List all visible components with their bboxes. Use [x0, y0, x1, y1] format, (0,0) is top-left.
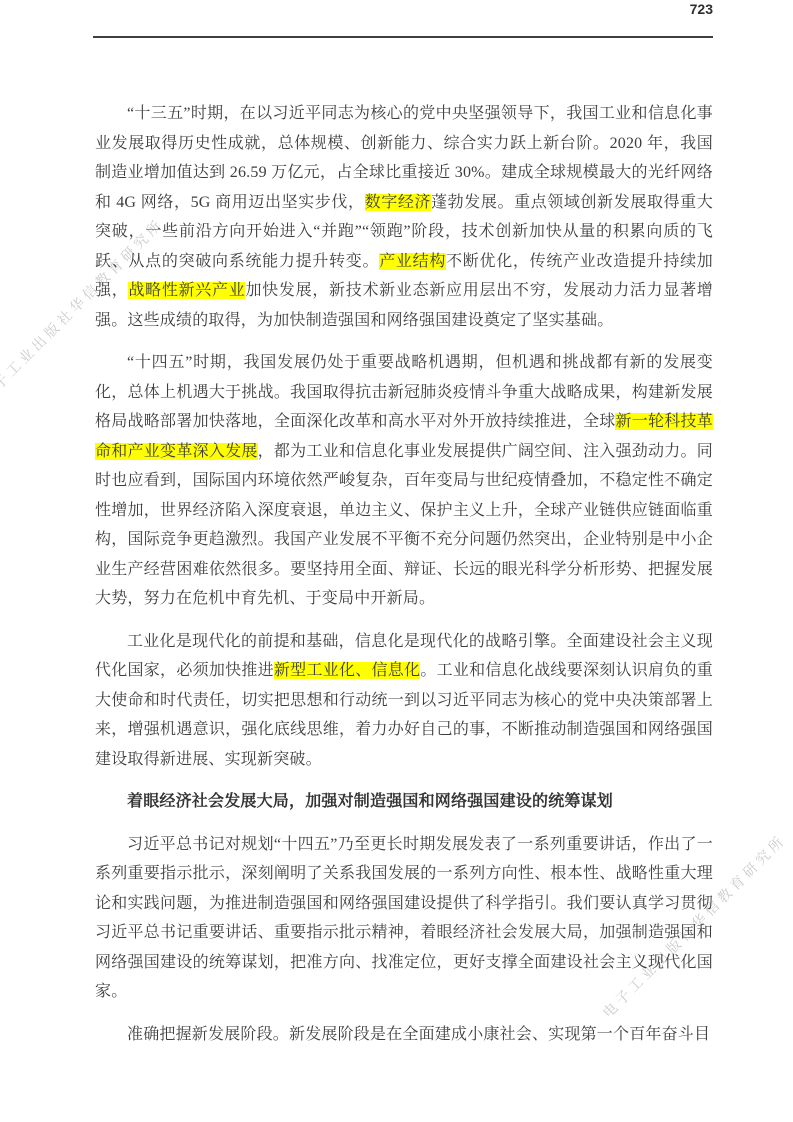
page-number: 723 — [690, 1, 713, 17]
highlighted-text: 新型工业化、信息化 — [274, 662, 420, 679]
highlighted-text: 数字经济 — [365, 194, 431, 211]
text-run: 习近平总书记对规划“十四五”乃至更长时期发展发表了一系列重要讲话，作出了一系列重… — [95, 836, 713, 1001]
paragraph: 习近平总书记对规划“十四五”乃至更长时期发展发表了一系列重要讲话，作出了一系列重… — [95, 830, 713, 1007]
document-body: “十三五”时期，在以习近平同志为核心的党中央坚强领导下，我国工业和信息化事业发展… — [95, 99, 713, 1062]
highlighted-text: 产业结构 — [379, 253, 446, 270]
section-heading: 着眼经济社会发展大局，加强对制造强国和网络强国建设的统筹谋划 — [95, 787, 713, 817]
page: 电子工业出版社华信教育研究所 电子工业出版社华信教育研究所 723 “十三五”时… — [0, 0, 793, 1122]
paragraph: “十三五”时期，在以习近平同志为核心的党中央坚强领导下，我国工业和信息化事业发展… — [95, 99, 713, 335]
highlighted-text: 战略性新兴产业 — [128, 282, 245, 299]
text-run: 准确把握新发展阶段。新发展阶段是在全面建成小康社会、实现第一个百年奋斗目 — [127, 1026, 710, 1043]
text-run: ，都为工业和信息化事业发展提供广阔空间、注入强劲动力。同时也应看到，国际国内环境… — [95, 443, 713, 608]
text-run: 着眼经济社会发展大局，加强对制造强国和网络强国建设的统筹谋划 — [127, 793, 613, 810]
paragraph: 工业化是现代化的前提和基础，信息化是现代化的战略引擎。全面建设社会主义现代化国家… — [95, 627, 713, 775]
header-rule — [93, 36, 713, 38]
paragraph: “十四五”时期，我国发展仍处于重要战略机遇期，但机遇和挑战都有新的发展变化，总体… — [95, 348, 713, 614]
paragraph: 准确把握新发展阶段。新发展阶段是在全面建成小康社会、实现第一个百年奋斗目 — [95, 1020, 713, 1050]
